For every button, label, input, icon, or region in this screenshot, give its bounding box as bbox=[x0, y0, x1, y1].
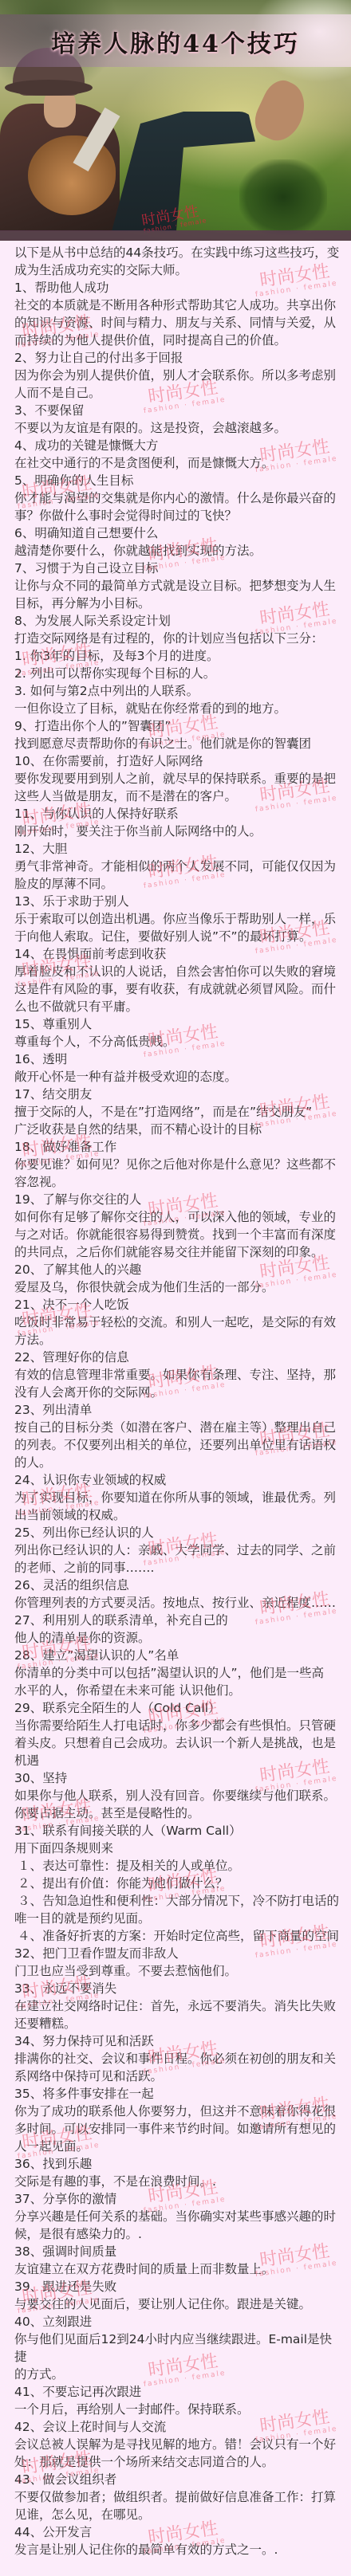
tip-text: 如何你有足够了解你交往的人，可以深入他的领域，专业的 bbox=[14, 1208, 341, 1226]
tip-heading: 24、认识你专业领域的权威 bbox=[14, 1471, 341, 1489]
tip-text: 的老师、之前的同事……. bbox=[14, 1559, 341, 1577]
tip-text: 与要交往的人见面后，要让别人记住你。跟进是关键。 bbox=[14, 2295, 341, 2313]
tip-heading: 5、明确你的人生目标 bbox=[14, 472, 341, 489]
tip-text: 不要以为友谊是有限的。这是投资，会越滚越多。 bbox=[14, 419, 341, 437]
tip-heading: 3、不要保留 bbox=[14, 402, 341, 419]
tip-heading: 27、利用别人的联系清单，补充自己的 bbox=[14, 1612, 341, 1629]
article-body: 以下是从书中总结的44条技巧。在实践中练习这些技巧，变 成为生活成功充实的交际大… bbox=[14, 244, 341, 2558]
tip-text: 当你需要给陌生人打电话时，你多少都会有些惧怕。只管硬 bbox=[14, 1717, 341, 1734]
tip-heading: 4、成功的关键是慷慨大方 bbox=[14, 437, 341, 454]
tip-text: 用下面四条规则来 bbox=[14, 1840, 341, 1857]
tip-text: 吃饭时非常易于轻松的交流。和别人一起吃，是交际的有效 bbox=[14, 1314, 341, 1331]
tip-text: 还要糟糕。 bbox=[14, 2015, 341, 2032]
tip-text: 方法。 bbox=[14, 1331, 341, 1349]
tip-text: 有效的信息管理非常重要。如果你有条理、专注、坚持，那 bbox=[14, 1366, 341, 1384]
tip-text: 1. 你3年的目标，及每3个月的进度。 bbox=[14, 647, 341, 665]
intro-line: 成为生活成功充实的交际大师。 bbox=[14, 261, 341, 279]
tip-text: 候，是很有感染力的。. bbox=[14, 2225, 341, 2243]
tip-heading: 17、结交朋友 bbox=[14, 1086, 341, 1103]
tip-text: 他人的清单是你的资源。 bbox=[14, 1629, 341, 1647]
tip-heading: 36、找到乐趣 bbox=[14, 2155, 341, 2173]
tip-text: 列出你已经认识的人：亲戚、大学同学、过去的同学、之前 bbox=[14, 1541, 341, 1559]
tip-text: 爱屋及乌，你很快就会成为他们生活的一部分。 bbox=[14, 1278, 341, 1296]
tip-text: 为了实现目标，你要知道在你所从事的领域，谁最优秀。列 bbox=[14, 1489, 341, 1506]
tip-heading: 25、列出你已经认识的人 bbox=[14, 1524, 341, 1541]
tip-text: 敞开心怀是一种有益并极受欢迎的态度。 bbox=[14, 1068, 341, 1086]
tip-heading: 28、建立”渴望认识的人”名单 bbox=[14, 1647, 341, 1664]
tip-text: 事？你做什么事时会觉得时间过的飞快？ bbox=[14, 507, 341, 524]
tip-text: 社交的本质就是不断用各种形式帮助其它人成功。共享出你 bbox=[14, 296, 341, 314]
tip-text: 你要见谁？如何见？见你之后他对你是什么意见？这些都不 bbox=[14, 1156, 341, 1173]
tip-heading: 14、在畏惧面前考虑到收获 bbox=[14, 945, 341, 963]
tip-heading: 43、做会议组织者 bbox=[14, 2471, 341, 2488]
tip-text: 你管理列表的方式要灵活。按地点、按行业、亲近程度…… bbox=[14, 1594, 341, 1612]
tip-heading: 31、联系有间接关联的人（Warm Call） bbox=[14, 1822, 341, 1840]
tip-heading: 29、联系完全陌生的人（Cold Call） bbox=[14, 1699, 341, 1717]
tip-text: 你与他们见面后12到24小时内应当继续跟进。E-mail是快捷 bbox=[14, 2331, 341, 2366]
tip-text: 出当前领域的权威。 bbox=[14, 1506, 341, 1524]
tip-text: 友谊建立在双方花费时间的质量上而非数量上。 bbox=[14, 2260, 341, 2278]
intro-line: 以下是从书中总结的44条技巧。在实践中练习这些技巧，变 bbox=[14, 244, 341, 261]
tip-text: 要你发现要用到别人之前，就尽早的保持联系。重要的是把 bbox=[14, 770, 341, 787]
tip-heading: 12、大胆 bbox=[14, 840, 341, 858]
tip-text: 会议总被人误解为是寻找见解的地方。错！会议只有一个好 bbox=[14, 2436, 341, 2453]
tip-heading: 42、会议上花时间与人交流 bbox=[14, 2418, 341, 2436]
tip-text: 目标，再分解为小目标。 bbox=[14, 595, 341, 612]
tip-text: 你要占据主动。甚至是侵略性的。 bbox=[14, 1804, 341, 1822]
tip-heading: 30、坚持 bbox=[14, 1769, 341, 1787]
tip-heading: 6、明确知道自己想要什么 bbox=[14, 524, 341, 542]
photo-leaves bbox=[239, 159, 327, 235]
tip-text: ２、提出有价值：你能为他们做什么？ bbox=[14, 1875, 341, 1892]
tip-text: 的方式。 bbox=[14, 2366, 341, 2383]
tip-text: 的共同点，之后你们就能容易交往并能留下深刻的印象。 bbox=[14, 1243, 341, 1261]
tip-heading: 1、帮助他人成功 bbox=[14, 279, 341, 296]
tip-text: 厚着脸皮和不认识的人说话，自然会害怕你可以失败的窘境 bbox=[14, 963, 341, 980]
tip-heading: 22、管理好你的信息 bbox=[14, 1349, 341, 1366]
tip-text: 在社交中通行的不是贪图便利，而是慷慨大方。 bbox=[14, 454, 341, 472]
tip-text: 3. 如何与第2点中列出的人联系。 bbox=[14, 682, 341, 700]
photo-guitar bbox=[28, 135, 116, 215]
tip-text: 2. 列出可以帮你实现每个目标的人。 bbox=[14, 665, 341, 682]
tip-heading: 23、列出清单 bbox=[14, 1401, 341, 1419]
tip-text: 一但你设立了目标，就贴在你经常看的到的地方。 bbox=[14, 700, 341, 717]
tip-text: 让你与众不同的最简单方式就是设立目标。把梦想变为人生 bbox=[14, 577, 341, 595]
tip-text: 在建立社交网络时记住：首先，永远不要消失。消失比失败 bbox=[14, 1997, 341, 2015]
tip-heading: 32、把门卫看作盟友而非敌人 bbox=[14, 1945, 341, 1962]
tip-heading: 41、不要忘记再次跟进 bbox=[14, 2383, 341, 2401]
tip-text: 这是件有风险的事，要有收获，有成就就必须冒风险。而什 bbox=[14, 980, 341, 998]
tip-heading: 8、为发展人际关系设定计划 bbox=[14, 612, 341, 630]
tip-heading: 44、公开发言 bbox=[14, 2523, 341, 2541]
tip-text: 的列表。不仅要列出相关的单位，还要列出单位里有话语权 bbox=[14, 1436, 341, 1454]
tip-heading: 19、了解与你交往的人 bbox=[14, 1191, 341, 1208]
tip-heading: 16、透明 bbox=[14, 1050, 341, 1068]
tip-text: 打造交际网络是有过程的，你的计划应当包括以下三分： bbox=[14, 630, 341, 647]
tip-heading: 7、习惯于为自己设立目标 bbox=[14, 560, 341, 577]
tip-heading: 33、永远不要消失 bbox=[14, 1980, 341, 1997]
tip-text: 多时间。可以安排同一事件来节约时间。如邀请所有想见的 bbox=[14, 2120, 341, 2138]
tip-text: 的知识与资源、时间与精力、朋友与关系、同情与关爱，从 bbox=[14, 314, 341, 332]
tip-text: 人而不是自己。 bbox=[14, 384, 341, 402]
tip-text: 的人。 bbox=[14, 1454, 341, 1471]
tip-text: １、表达可靠性：提及相关的人或单位。 bbox=[14, 1857, 341, 1875]
tip-text: 你清单的分类中可以包括”渴望认识的人”，他们是一些高 bbox=[14, 1664, 341, 1682]
tip-text: 机遇 bbox=[14, 1752, 341, 1769]
photo-bottom-band bbox=[0, 230, 351, 241]
tip-text: 唯一目的就是预约见面。 bbox=[14, 1910, 341, 1927]
tip-text: 如果你与他人联系，别人没有回音。你要继续与他们联系。 bbox=[14, 1787, 341, 1804]
tip-text: 分享兴趣是任何关系的基础。当你确实对某些事感兴趣的时 bbox=[14, 2208, 341, 2225]
hero-photo: 培养人脉的44个技巧 时尚女性 fashion · female bbox=[0, 0, 351, 241]
tip-heading: 15、尊重别人 bbox=[14, 1015, 341, 1033]
tip-text: 处：那就是提供一个场所来结交志同道合的人。 bbox=[14, 2453, 341, 2471]
tip-text: ４、准备好折衷的方案：开始时定位高些，留下商量的空间 bbox=[14, 1927, 341, 1945]
tip-heading: 13、乐于求助于别人 bbox=[14, 893, 341, 910]
tip-text: 交际是有趣的事，不是在浪费时间。. bbox=[14, 2173, 341, 2190]
tip-text: 广泛收获是自然的结果，而不精心设计的目标 bbox=[14, 1121, 341, 1138]
tip-text: 见谁，怎么见，在哪见。 bbox=[14, 2506, 341, 2523]
tip-text: 容忽视。 bbox=[14, 1173, 341, 1191]
page-title: 培养人脉的44个技巧 bbox=[0, 24, 351, 59]
tip-text: 没有人会离开你的交际网。 bbox=[14, 1384, 341, 1401]
tip-heading: 39、跟进还是失败 bbox=[14, 2278, 341, 2295]
tip-text: ３、告知急迫性和便利性：大部分情况下，冷不防打电话的 bbox=[14, 1892, 341, 1910]
tip-text: 擅于交际的人，不是在”打造网络”，而是在”结交朋友” bbox=[14, 1103, 341, 1121]
tip-text: 而持续的为他人提供价值，同时提高自己的价值。 bbox=[14, 332, 341, 349]
tip-text: 系网络中保持可见和活跃。 bbox=[14, 2067, 341, 2085]
tip-heading: 26、灵活的组织信息 bbox=[14, 1577, 341, 1594]
tip-heading: 34、努力保持可见和活跃 bbox=[14, 2032, 341, 2050]
tip-heading: 2、努力让自己的付出多于回报 bbox=[14, 349, 341, 367]
tip-text: 按自己的目标分类（如潜在客户、潜在雇主等）整理出自己 bbox=[14, 1419, 341, 1436]
tip-text: 着头皮。只想着自己会成功。去认识一个新人是挑战，也是 bbox=[14, 1734, 341, 1752]
tip-text: 找到愿意尽责帮助你的有识之士。他们就是你的智囊团 bbox=[14, 735, 341, 752]
tip-text: 勇气非常神奇。才能相似的两个人发展不同，可能仅仅因为 bbox=[14, 858, 341, 875]
tip-text: 于向他人索取。记住，要做好别人说”不”的最坏打算。 bbox=[14, 928, 341, 945]
tip-text: 与之对话。你就能很容易得到赞赏。找到一个丰富而有深度 bbox=[14, 1226, 341, 1243]
photo-shoe bbox=[249, 75, 314, 147]
tip-heading: 38、强调时间质量 bbox=[14, 2243, 341, 2260]
tip-text: 乐于索取可以创造出机遇。你应当像乐于帮助别人一样，乐 bbox=[14, 910, 341, 928]
tip-heading: 11、与你认识的人保持好联系 bbox=[14, 805, 341, 823]
tip-heading: 21、决不一个人吃饭 bbox=[14, 1296, 341, 1314]
tip-text: 么也不做就只有平庸。 bbox=[14, 998, 341, 1015]
tip-heading: 40、立刻跟进 bbox=[14, 2313, 341, 2331]
tip-text: 刚开始时，要关注于你当前人际网络中的人。 bbox=[14, 823, 341, 840]
tip-text: 水平的人，你希望在未来可能 认识他们。 bbox=[14, 1682, 341, 1699]
tip-heading: 35、将多件事安排在一起 bbox=[14, 2085, 341, 2103]
tip-heading: 9、打造出你个人的”智囊团” bbox=[14, 717, 341, 735]
tip-text: 越清楚你要什么，你就越能找到实现的方法。 bbox=[14, 542, 341, 560]
tip-heading: 10、在你需要前，打造好人际网络 bbox=[14, 752, 341, 770]
tip-text: 你为了成功的联系他人你要努力，但这并不意味着你得花很 bbox=[14, 2103, 341, 2120]
tip-text: 排满你的社交、会议和事件日程。你必须在初创的朋友和关 bbox=[14, 2050, 341, 2067]
photo-hat-brim bbox=[5, 80, 93, 96]
tip-heading: 18、做好准备工作 bbox=[14, 1138, 341, 1156]
tip-heading: 37、分享你的激情 bbox=[14, 2190, 341, 2208]
tip-text: 因为你会为别人提供价值，别人才会联系你。所以多考虑别 bbox=[14, 367, 341, 384]
tip-text: 门卫也应当受到尊重。不要去惹恼他们。 bbox=[14, 1962, 341, 1980]
tip-text: 一个月后，再给别人一封邮件。保持联系。 bbox=[14, 2401, 341, 2418]
tip-text: 发言是让别人记住你的最简单有效的方式之一。. bbox=[14, 2541, 341, 2558]
tip-text: 人一起见面。 bbox=[14, 2138, 341, 2155]
tip-text: 脸皮的厚薄不同。 bbox=[14, 875, 341, 893]
tip-text: 尊重每个人，不分高低贵贱。 bbox=[14, 1033, 341, 1050]
tip-heading: 20、了解其他人的兴趣 bbox=[14, 1261, 341, 1278]
tip-text: 这些人当做是朋友，而不是潜在的客户。 bbox=[14, 787, 341, 805]
tip-text: 不要仅做参加者；做组织者。提前做好信息准备工作：打算 bbox=[14, 2488, 341, 2506]
tip-text: 你才能与渴望的交集就是你内心的激情。什么是你最兴奋的 bbox=[14, 489, 341, 507]
